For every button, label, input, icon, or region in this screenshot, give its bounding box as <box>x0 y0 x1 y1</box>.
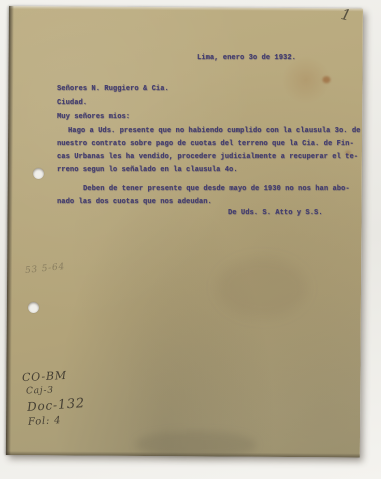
paper-sheet <box>6 6 363 457</box>
body-p2-line2: nado las dos cuotas que nos adeudan. <box>57 197 212 207</box>
date-line: Lima, enero 3o de 1932. <box>197 53 296 63</box>
soft-discoloration <box>217 257 307 318</box>
punch-hole-bottom <box>28 302 39 313</box>
paper-left-edge-shadow <box>6 6 14 455</box>
paper-top-edge <box>9 6 363 11</box>
city-line: Ciudad. <box>57 98 87 108</box>
archive-code-doc-number: 132 <box>57 396 85 413</box>
archive-code-folio: Fol: 4 <box>28 415 62 428</box>
body-p1-line3: cas Urbanas les ha vendido, procedere ju… <box>57 152 358 162</box>
punch-hole-top <box>33 168 44 179</box>
archive-code-doc-label: Doc- <box>27 398 59 414</box>
body-p1-line2: nuestro contrato sobre pago de cuotas de… <box>57 139 354 149</box>
bottom-smudge-stain <box>136 431 256 458</box>
body-p1-line1: Hago a Uds. presente que no habiendo cum… <box>68 126 360 136</box>
rust-stain <box>322 76 330 83</box>
archive-code-caja: Caj-3 <box>26 386 54 397</box>
body-p1-line4: rreno segun lo señalado en la clausula 4… <box>57 165 238 175</box>
closing-line: De Uds. S. Atto y S.S. <box>228 208 323 218</box>
salutation-line: Muy señores mios: <box>57 112 130 122</box>
archive-code-co-bm: CO-BM <box>22 369 68 384</box>
scanned-letter-page: Lima, enero 3o de 1932. Señores N. Ruggi… <box>0 0 381 479</box>
recipient-line: Señores N. Ruggiero & Cia. <box>57 84 169 94</box>
body-p2-line1: Deben de tener presente que desde mayo d… <box>83 184 350 194</box>
